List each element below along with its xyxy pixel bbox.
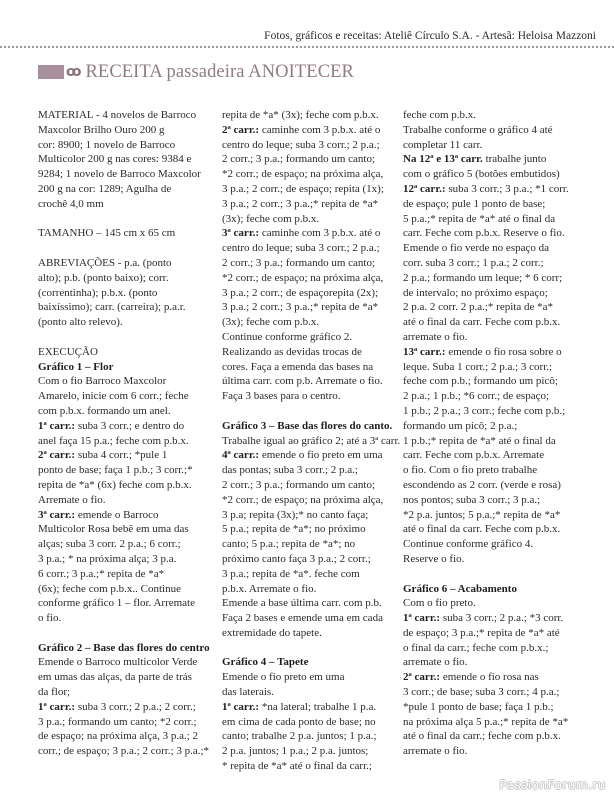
text-line: centro do leque; suba 3 corr.; 2 p.a.; xyxy=(222,138,402,153)
chart-6-row-1: 1ª carr.: suba 3 corr.; 2 p.a.; *3 corr.… xyxy=(403,611,598,670)
text-line: anel faça 15 p.a.; feche com p.b.x. xyxy=(38,434,218,449)
row-label: 1ª carr.: xyxy=(222,701,259,713)
text-line: (ponto alto relevo). xyxy=(38,315,218,330)
text-line: de espaço; 3 p.a.;* repita de *a* até xyxy=(403,626,598,641)
text-line: 4ª carr.: emende o fio preto em uma xyxy=(222,448,402,463)
text-line: Emende o fio preto em uma xyxy=(222,670,402,685)
watermark: PassionForum.ru xyxy=(499,778,606,792)
text-line: das pontas; suba 3 corr.; 2 p.a.; xyxy=(222,463,402,478)
text-line: em cima de cada ponto de base; no xyxy=(222,715,402,730)
chart-2-heading: Gráfico 2 – Base das flores do centro xyxy=(38,641,218,656)
text-line: (6x); feche com p.b.x.. Continue xyxy=(38,582,218,597)
text-line: repita de *a* (6x) feche com p.b.x. xyxy=(38,478,218,493)
chart-4-row-1: 1ª carr.: *na lateral; trabalhe 1 p.a.em… xyxy=(222,700,402,774)
text-line: próximo canto faça 3 p.a.; 2 corr.; xyxy=(222,552,402,567)
text-line: (3x); feche com p.b.x. xyxy=(222,212,402,227)
text-line: 6 corr.; 3 p.a.;* repita de *a* xyxy=(38,567,218,582)
text-line: Trabalhe igual ao gráfico 2; até a 3ª ca… xyxy=(222,434,402,449)
text-line: alto); p.b. (ponto baixo); corr. xyxy=(38,271,218,286)
text-line: Com o fio preto. xyxy=(403,596,598,611)
row-label: 3ª carr.: xyxy=(222,227,259,239)
text-line: Na 12ª e 13ª carr. trabalhe junto xyxy=(403,152,598,167)
chart-2-intro: Emende o Barroco multicolor Verdeem umas… xyxy=(38,655,218,699)
text-line: centro do leque; suba 3 corr.; 2 p.a.; xyxy=(222,241,402,256)
text-line: *2 corr.; de espaço; na próxima alça, xyxy=(222,271,402,286)
row-label: 2ª carr.: xyxy=(403,671,440,683)
text-line: Com o fio Barroco Maxcolor xyxy=(38,374,218,389)
text-line: *2 p.a. juntos; 5 p.a.;* repita de *a* xyxy=(403,508,598,523)
text-line: nos pontos; suba 3 corr.; 3 p.a.; xyxy=(403,493,598,508)
row-label: 3ª carr.: xyxy=(38,509,75,521)
column-1: MATERIAL - 4 novelos de BarrocoMaxcolor … xyxy=(38,108,218,759)
text-line: cores. Faça a emenda das bases na xyxy=(222,360,402,375)
chart-3-intro: Trabalhe igual ao gráfico 2; até a 3ª ca… xyxy=(222,434,402,449)
text-line: conforme gráfico 1 – flor. Arremate xyxy=(38,596,218,611)
text-line: 3 p.a.; 2 corr.; 3 p.a.;* repita de *a* xyxy=(222,197,402,212)
credits-line: Fotos, gráficos e receitas: Ateliê Círcu… xyxy=(264,30,596,42)
text-line: arremate o fio. xyxy=(403,655,598,670)
text-line: com o gráfico 5 (botões embutidos) xyxy=(403,167,598,182)
text-line: o final da carr.; feche com p.b.x.; xyxy=(403,641,598,656)
row-label: 2ª carr.: xyxy=(222,124,259,136)
text-line: Emende a base última carr. com p.b. xyxy=(222,596,402,611)
chart-4-cont: feche com p.b.x.Trabalhe conforme o gráf… xyxy=(403,108,598,152)
text-line: extremidade do tapete. xyxy=(222,626,402,641)
row-label: 4ª carr.: xyxy=(222,449,259,461)
chart-6-heading: Gráfico 6 – Acabamento xyxy=(403,582,598,597)
text-line: 13ª carr.: emende o fio rosa sobre o xyxy=(403,345,598,360)
text-line: Reserve o fio. xyxy=(403,552,598,567)
row-label: 1ª carr.: xyxy=(403,612,440,624)
text-line: canto; 5 p.a.; repita de *a*; no xyxy=(222,537,402,552)
text-line: *2 corr.; de espaço; na próxima alça, xyxy=(222,493,402,508)
text-line: 3 corr.; de base; suba 3 corr.; 4 p.a.; xyxy=(403,685,598,700)
text-line: canto; trabalhe 2 p.a. juntos; 1 p.a.; xyxy=(222,729,402,744)
text-line: 1 p.b.;* repita de *a* até o final da xyxy=(403,434,598,449)
size-line: TAMANHO – 145 cm x 65 cm xyxy=(38,226,218,241)
text-line: 1ª carr.: suba 3 corr.; 2 p.a.; 2 corr.; xyxy=(38,700,218,715)
text-line: das laterais. xyxy=(222,685,402,700)
chart-1-row-3: 3ª carr.: emende o BarrocoMulticolor Ros… xyxy=(38,508,218,626)
title-accent-bar xyxy=(38,65,64,79)
text-line: corr.; de espaço; 3 p.a.; 2 corr.; 3 p.a… xyxy=(38,744,218,759)
chart-3-row-4: 4ª carr.: emende o fio preto em umadas p… xyxy=(222,448,402,640)
text-line: leque. Suba 1 corr.; 2 p.a.; 3 corr.; xyxy=(403,360,598,375)
text-line: 2ª carr.: suba 4 corr.; *pule 1 xyxy=(38,448,218,463)
text-line: Emende o Barroco multicolor Verde xyxy=(38,655,218,670)
text-line: Trabalhe conforme o gráfico 4 até xyxy=(403,123,598,138)
text-line: repita de *a* (3x); feche com p.b.x. xyxy=(222,108,402,123)
chart-2-row-3: 3ª carr.: caminhe com 3 p.b.x. até ocent… xyxy=(222,226,402,404)
text-line: formando um picô; 2 p.a.; xyxy=(403,419,598,434)
text-line: 3ª carr.: emende o Barroco xyxy=(38,508,218,523)
text-line: 3 p.a.; 2 corr.; 3 p.a.;* repita de *a* xyxy=(222,300,402,315)
text-line: até o final da carr. Feche com p.b.x. xyxy=(403,522,598,537)
row-label: 12ª carr.: xyxy=(403,183,446,195)
text-line: feche com p.b.x. xyxy=(403,108,598,123)
chart-5-intro: Na 12ª e 13ª carr. trabalhe juntocom o g… xyxy=(403,152,598,182)
text-line: em umas das alças, da parte de trás xyxy=(38,670,218,685)
row-label: 1ª carr.: xyxy=(38,701,75,713)
row-12: 12ª carr.: suba 3 corr.; 3 p.a.; *1 corr… xyxy=(403,182,598,345)
chart-4-heading: Gráfico 4 – Tapete xyxy=(222,655,402,670)
text-line: Arremate o fio. xyxy=(38,493,218,508)
text-line: 2 corr.; 3 p.a.; formando um canto; xyxy=(222,152,402,167)
text-line: até o final da carr. Feche com p.b.x. xyxy=(403,315,598,330)
text-line: da flor; xyxy=(38,685,218,700)
row-label: 2ª carr.: xyxy=(38,449,75,461)
text-line: Amarelo, inicie com 6 corr.; feche xyxy=(38,389,218,404)
text-line: 3 p.a.; formando um canto; *2 corr.; xyxy=(38,715,218,730)
text-line: com p.b.x. formando um anel. xyxy=(38,404,218,419)
text-line: 3 p.a.; 2 corr.; de espaçorepita (2x); xyxy=(222,286,402,301)
text-line: corr. suba 3 corr.; 1 p.a.; 2 corr.; xyxy=(403,256,598,271)
text-line: carr. Feche com p.b.x. Reserve o fio. xyxy=(403,226,598,241)
text-line: o fio. xyxy=(38,611,218,626)
text-line: Faça 2 bases e emende uma em cada xyxy=(222,611,402,626)
column-2: repita de *a* (3x); feche com p.b.x. 2ª … xyxy=(222,108,402,774)
text-line: baixíssimo); carr. (carreira); p.a.r. xyxy=(38,300,218,315)
text-line: crochê 4,0 mm xyxy=(38,197,218,212)
text-line: arremate o fio. xyxy=(403,744,598,759)
text-line: 2 p.a. juntos; 1 p.a.; 2 p.a. juntos; xyxy=(222,744,402,759)
chart-6-row-2: 2ª carr.: emende o fio rosa nas3 corr.; … xyxy=(403,670,598,759)
text-line: cor: 8900; 1 novelo de Barroco xyxy=(38,138,218,153)
text-line: Continue conforme gráfico 4. xyxy=(403,537,598,552)
chart-1-row-1: 1ª carr.: suba 3 corr.; e dentro doanel … xyxy=(38,419,218,449)
text-line: * repita de *a* até o final da carr.; xyxy=(222,759,402,774)
text-line: MATERIAL - 4 novelos de Barroco xyxy=(38,108,218,123)
text-line: 1ª carr.: *na lateral; trabalhe 1 p.a. xyxy=(222,700,402,715)
text-line: o fio. Com o fio preto trabalhe xyxy=(403,463,598,478)
abbreviations-block: ABREVIAÇÕES - p.a. (pontoalto); p.b. (po… xyxy=(38,256,218,330)
chart-1-intro: Com o fio Barroco MaxcolorAmarelo, inici… xyxy=(38,374,218,418)
text-line: 3 p.a.; 2 corr.; de espaço; repita (1x); xyxy=(222,182,402,197)
text-line: escondendo as 2 corr. (verde e rosa) xyxy=(403,478,598,493)
text-line: 2 corr.; 3 p.a.; formando um canto; xyxy=(222,478,402,493)
execution-heading: EXECUÇÃO xyxy=(38,345,218,360)
chart-2-row-1-cont: repita de *a* (3x); feche com p.b.x. xyxy=(222,108,402,123)
text-line: feche com p.b.; formando um picô; xyxy=(403,374,598,389)
text-line: 5 p.a.;* repita de *a* até o final da xyxy=(403,212,598,227)
text-line: completar 11 carr. xyxy=(403,138,598,153)
text-line: 2 p.a.; formando um leque; * 6 corr; xyxy=(403,271,598,286)
chart-2-row-2: 2ª carr.: caminhe com 3 p.b.x. até ocent… xyxy=(222,123,402,227)
text-line: 5 p.a.; repita de *a*; no próximo xyxy=(222,522,402,537)
text-line: Emende o fio verde no espaço da xyxy=(403,241,598,256)
text-line: arremate o fio. xyxy=(403,330,598,345)
text-line: última carr. com p.b. Arremate o fio. xyxy=(222,374,402,389)
row-13: 13ª carr.: emende o fio rosa sobre olequ… xyxy=(403,345,598,567)
text-line: 1ª carr.: suba 3 corr.; 2 p.a.; *3 corr. xyxy=(403,611,598,626)
text-line: de espaço; na próxima alça, 3 p.a.; 2 xyxy=(38,729,218,744)
text-line: alças; suba 3 corr. 2 p.a.; 6 corr.; xyxy=(38,537,218,552)
text-line: *2 corr.; de espaço; na próxima alça, xyxy=(222,167,402,182)
row-label: 13ª carr.: xyxy=(403,346,446,358)
text-line: de espaço; pule 1 ponto de base; xyxy=(403,197,598,212)
text-line: Multicolor 200 g nas cores: 9384 e xyxy=(38,152,218,167)
text-line: 2 corr.; 3 p.a.; formando um canto; xyxy=(222,256,402,271)
text-line: Continue conforme gráfico 2. xyxy=(222,330,402,345)
chart-1-row-2: 2ª carr.: suba 4 corr.; *pule 1ponto de … xyxy=(38,448,218,507)
text-line: ponto de base; faça 1 p.b.; 3 corr.;* xyxy=(38,463,218,478)
section-title: ꝏ RECEITA passadeira ANOITECER xyxy=(38,60,354,84)
text-line: 2 p.a.; 1 p.b.; *6 corr.; de espaço; xyxy=(403,389,598,404)
text-line: (3x); feche com p.b.x. xyxy=(222,315,402,330)
chart-6-intro: Com o fio preto. xyxy=(403,596,598,611)
text-line: 9284; 1 novelo de Barroco Maxcolor xyxy=(38,167,218,182)
text-line: ABREVIAÇÕES - p.a. (ponto xyxy=(38,256,218,271)
text-line: 2 p.a. 2 corr. 2 p.a.;* repita de *a* xyxy=(403,300,598,315)
ornament-icon: ꝏ xyxy=(66,64,81,80)
text-line: 2ª carr.: caminhe com 3 p.b.x. até o xyxy=(222,123,402,138)
text-line: até o final da carr.; feche com p.b.x. xyxy=(403,729,598,744)
text-line: na próxima alça 5 p.a.;* repita de *a* xyxy=(403,715,598,730)
text-line: 3 p.a; repita (3x);* no canto faça; xyxy=(222,508,402,523)
row-label: 1ª carr.: xyxy=(38,420,75,432)
row-label: Na 12ª e 13ª carr. xyxy=(403,153,483,165)
text-line: 1 p.b.; 2 p.a.; 3 corr.; feche com p.b.; xyxy=(403,404,598,419)
text-line: 3ª carr.: caminhe com 3 p.b.x. até o xyxy=(222,226,402,241)
text-line: 3 p.a.; * na próxima alça; 3 p.a. xyxy=(38,552,218,567)
chart-3-heading: Gráfico 3 – Base das flores do canto. xyxy=(222,419,402,434)
text-line: (correntinha); p.b.x. (ponto xyxy=(38,286,218,301)
text-line: p.b.x. Arremate o fio. xyxy=(222,582,402,597)
text-line: 3 p.a.; repita de *a*. feche com xyxy=(222,567,402,582)
text-line: *pule 1 ponto de base; faça 1 p.b.; xyxy=(403,700,598,715)
text-line: Maxcolor Brilho Ouro 200 g xyxy=(38,123,218,138)
chart-4-intro: Emende o fio preto em umadas laterais. xyxy=(222,670,402,700)
column-3: feche com p.b.x.Trabalhe conforme o gráf… xyxy=(403,108,598,759)
text-line: carr. Feche com p.b.x. Arremate xyxy=(403,448,598,463)
material-block: MATERIAL - 4 novelos de BarrocoMaxcolor … xyxy=(38,108,218,212)
chart-1-heading: Gráfico 1 – Flor xyxy=(38,360,218,375)
text-line: 2ª carr.: emende o fio rosa nas xyxy=(403,670,598,685)
text-line: 12ª carr.: suba 3 corr.; 3 p.a.; *1 corr… xyxy=(403,182,598,197)
text-line: Multicolor Rosa bebê em uma das xyxy=(38,522,218,537)
dotted-divider xyxy=(0,46,614,48)
text-line: 1ª carr.: suba 3 corr.; e dentro do xyxy=(38,419,218,434)
text-line: de intervalo; no próximo espaço; xyxy=(403,286,598,301)
text-line: Realizando as devidas trocas de xyxy=(222,345,402,360)
chart-2-row-1: 1ª carr.: suba 3 corr.; 2 p.a.; 2 corr.;… xyxy=(38,700,218,759)
recipe-title: RECEITA passadeira ANOITECER xyxy=(85,62,354,83)
text-line: 200 g na cor: 1289; Agulha de xyxy=(38,182,218,197)
text-line: Faça 3 bases para o centro. xyxy=(222,389,402,404)
